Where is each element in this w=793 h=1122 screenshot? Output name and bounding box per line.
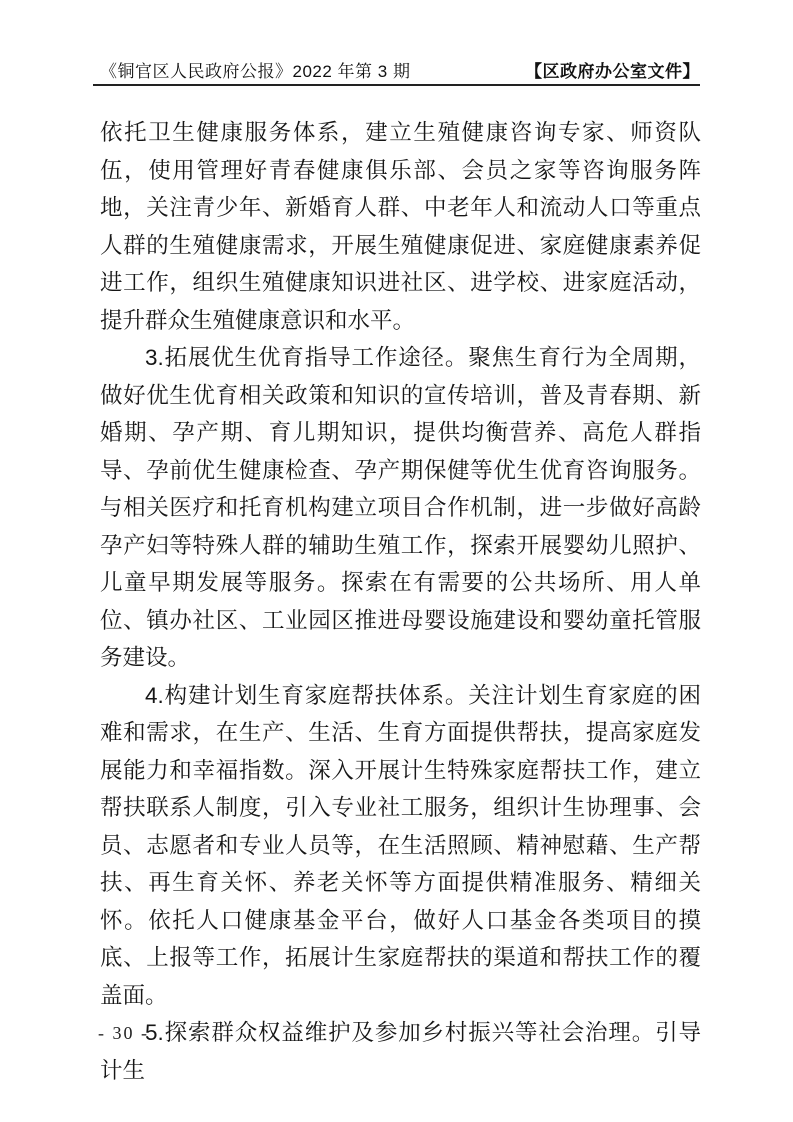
gazette-page: 《铜官区人民政府公报》2022 年第 3 期 【区政府办公室文件】 依托卫生健康…	[0, 0, 793, 1122]
page-number: - 30 -	[98, 1023, 149, 1044]
paragraph-item-4: 4.构建计划生育家庭帮扶体系。关注计划生育家庭的困难和需求，在生产、生活、生育方…	[100, 677, 701, 1015]
paragraph-item-3: 3.拓展优生优育指导工作途径。聚焦生育行为全周期，做好优生优育相关政策和知识的宣…	[100, 339, 701, 677]
page-header: 《铜官区人民政府公报》2022 年第 3 期 【区政府办公室文件】	[100, 57, 700, 82]
header-divider	[93, 84, 700, 86]
document-category-tag: 【区政府办公室文件】	[525, 57, 700, 82]
paragraph-continuation: 依托卫生健康服务体系，建立生殖健康咨询专家、师资队伍，使用管理好青春健康俱乐部、…	[100, 114, 701, 339]
paragraph-item-5: 5.探索群众权益维护及参加乡村振兴等社会治理。引导计生	[100, 1014, 701, 1089]
gazette-title: 《铜官区人民政府公报》2022 年第 3 期	[100, 57, 410, 82]
document-body: 依托卫生健康服务体系，建立生殖健康咨询专家、师资队伍，使用管理好青春健康俱乐部、…	[100, 114, 701, 1089]
